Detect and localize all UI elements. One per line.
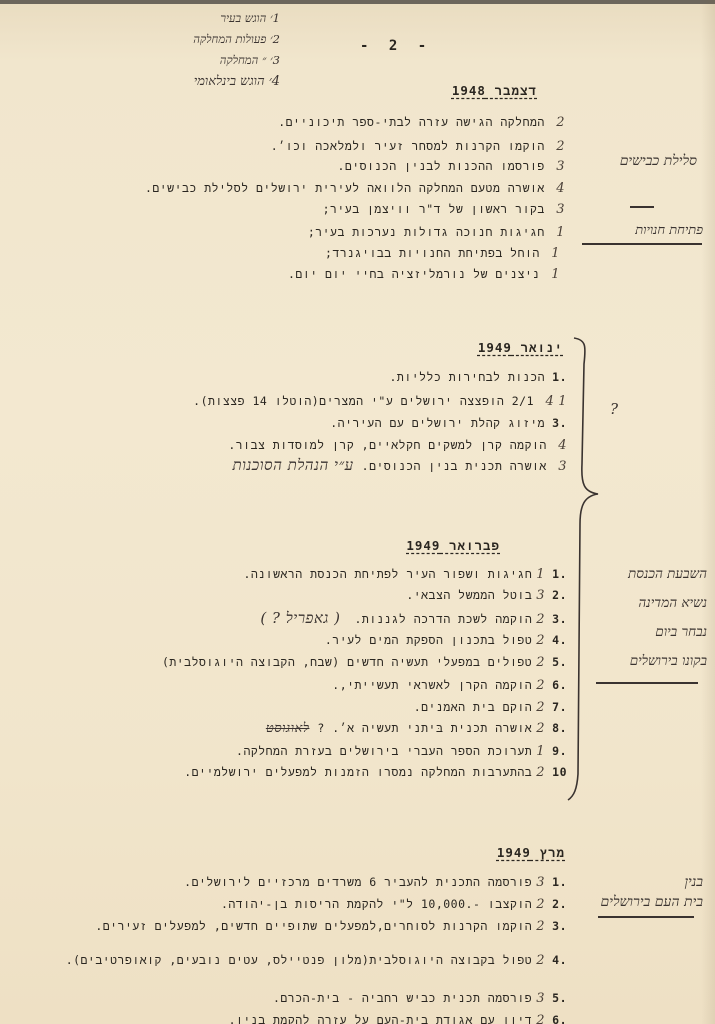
month-heading-jan-1949: ינואר 1949 [478,340,563,356]
margin-note-line: השבעת הכנסת [589,560,707,589]
list-item: .32הוקמו הקרנות לסוחרים,למפעלים שתופיים … [27,918,567,935]
item-text: טפול בקבוצה היוגוסלבית(מלון פנטיילס, עטי… [66,953,533,967]
item-text: חגיגות חנוכה גדולות נערכות בעיר; [308,225,545,239]
handwritten-category-mark: 3 [536,588,545,603]
item-number: .3 [545,611,567,627]
list-item: 2 המחלקה הגישה עזרה לבתי-ספר תיכוניים. [278,114,565,131]
list-item: .82אושרה תכנית בּיתני תעשיה א׳. ?לאוגוסט [266,720,567,737]
item-text: פורסמו ההכנות לבנין הכנוסים. [337,159,544,173]
list-item: .42טפול בתכנון הספקת המים לעיר. [325,632,567,649]
handwritten-category-mark: 1 [536,567,545,582]
handwritten-category-mark: 2 [536,700,545,715]
item-number: .3 [545,918,567,934]
legend-line: 4׳ הוגש בינלאומי [120,71,280,92]
handwritten-category-mark: 2 [556,115,565,130]
month-heading-mar-1949: מרץ 1949 [497,845,565,861]
handwritten-category-mark: 2 [536,612,545,627]
handwritten-annotation: ( גאפריל ? ) [260,609,340,627]
scan-right-shade [701,0,715,1024]
margin-underline [596,682,698,684]
item-text: תערוכת הספר העברי בירושלים בעזרת המחלקה. [236,744,532,758]
handwritten-category-mark: 1 [536,744,545,759]
item-number: .8 [545,720,567,736]
list-item: .23בוטל הממשל הצבאי. [406,587,567,604]
item-text: אושרה תכנית בנין הכנוסים. [362,459,547,473]
margin-note-knesset-president: השבעת הכנסת נשיא המדינה נבחר ביום בקונו … [589,560,707,676]
item-text: בקור ראשון של ד"ר וויצמן בעיר; [323,202,545,216]
list-item: 3 פורסמו ההכנות לבנין הכנוסים. [337,158,565,175]
list-item: .1הכנות לבחירות כלליות. [390,369,568,385]
handwritten-category-mark: 1 [556,225,565,240]
item-text: 2/1 הופצצה ירושלים ע"י המצרים(הוטלו 14 פ… [193,394,534,408]
margin-note-beit-haam: בנין בית העם בירושלים [573,872,703,912]
item-number: .4 [545,952,567,968]
margin-note-opening-shops: פתיחת חנויות [593,220,703,242]
margin-underline [582,243,702,245]
item-text: הוחל בפתיחת החנויות בבויגנרד; [325,246,540,260]
legend-line: 1׳ הוגש בעיר [120,8,280,29]
item-number: 10 [545,764,567,780]
scan-top-edge [0,0,715,4]
item-number: .2 [545,896,567,912]
item-number: .4 [545,632,567,648]
handwritten-category-mark: 2 [556,139,565,154]
list-item: .22הוקצבו -.10,000 ל"י להקמת הריסות בן-י… [221,896,567,913]
list-item: .3מיזוג קהלת ירושלים עם העיריה. [330,415,567,431]
handwritten-category-mark: 2 [536,633,545,648]
item-number: .5 [545,990,567,1006]
list-item: 3 אושרה תכנית בנין הכנוסים.ע״י הנהלת הסו… [233,457,567,475]
legend-line: 3׳ ״ המחלקה [120,50,280,71]
item-text: אושרה מטעם המחלקה הלוואה לעירית ירושלים … [145,181,545,195]
list-item: .11חגיגות ושפור העיר לפתיחת הכנסת הראשונ… [243,566,567,583]
list-item: 1 חגיגות חנוכה גדולות נערכות בעיר; [308,224,565,241]
list-item: .42טפול בקבוצה היוגוסלבית(מלון פנטיילס, … [27,952,567,969]
margin-note-line: בית העם בירושלים [573,892,703,912]
list-item: 41 2/1 הופצצה ירושלים ע"י המצרים(הוטלו 1… [193,393,567,410]
legend-line: 2׳ פעולות המחלקה [120,29,280,50]
margin-note-line: נשיא המדינה [589,589,707,618]
margin-underline [598,916,694,918]
item-text: מיזוג קהלת ירושלים עם העיריה. [330,416,545,430]
item-number: .9 [545,743,567,759]
list-item: .32הוקמה לשכת הדרכה לגננות.( גאפריל ? ) [260,610,567,628]
handwritten-category-mark: 3 [536,875,545,890]
item-number: .2 [545,587,567,603]
item-text: פורסמה תכנית כביש רחביה - בית-הכרם. [273,991,532,1005]
list-item: 102בהתערבות המחלקה נמסרו הזמנות למפעלים … [184,764,567,781]
item-number: .6 [545,677,567,693]
list-item: 3 בקור ראשון של ד"ר וויצמן בעיר; [323,201,565,218]
item-text: טפול בתכנון הספקת המים לעיר. [325,633,532,647]
item-text: הוקמו הקרנות למסחר זעיר ולמלאכה וכו׳. [271,139,545,153]
item-text: הוקם בית האמנים. [414,700,533,714]
item-text: ניצנים של נורמליזציה בחיי יום יום. [288,267,540,281]
list-item: 1 ניצנים של נורמליזציה בחיי יום יום. [288,266,560,283]
struck-out-annotation: לאוגוסט [266,721,310,736]
item-text: הוקמה קרן למשקים חקלאיים, קרן למוסדות צב… [228,438,546,452]
handwritten-category-mark: 3 [556,202,565,217]
item-number: .6 [545,1012,567,1024]
handwritten-annotation: ע״י הנהלת הסוכנות [233,456,354,474]
margin-note-line: בקונו בירושלים [589,647,707,676]
item-number: .1 [545,566,567,582]
handwritten-category-mark: 2 [536,655,545,670]
handwritten-category-mark: 2 [536,919,545,934]
item-text: חגיגות ושפור העיר לפתיחת הכנסת הראשונה. [243,567,532,581]
margin-note-line: נבחר ביום [589,618,707,647]
item-text: הוקצבו -.10,000 ל"י להקמת הריסות בן-יהוד… [221,897,532,911]
item-number: .5 [545,654,567,670]
item-text: טפולים במפעלי תעשיה חדשים (שבח, הקבוצה ה… [162,655,532,669]
list-item: .62דיון עם אגודת בית-העם על עזרה להקמת ב… [229,1012,567,1024]
item-number: .7 [545,699,567,715]
handwritten-category-mark: 2 [536,678,545,693]
item-text: אושרה תכנית בּיתני תעשיה א׳. ? [317,721,532,735]
item-text: בהתערבות המחלקה נמסרו הזמנות למפעלים ירו… [184,765,532,779]
handwritten-category-mark: 2 [536,897,545,912]
item-text: הכנות לבחירות כלליות. [390,370,546,384]
list-item: 2 הוקמו הקרנות למסחר זעיר ולמלאכה וכו׳. [271,138,565,155]
handwritten-category-mark: 2 [536,765,545,780]
list-item: 1 הוחל בפתיחת החנויות בבויגנרד; [325,245,560,262]
item-text: הוקמו הקרנות לסוחרים,למפעלים שתופיים חדש… [95,919,532,933]
handwritten-category-mark: 4 [545,394,554,409]
handwritten-category-mark: 2 [536,721,545,736]
handwritten-legend: 1׳ הוגש בעיר 2׳ פעולות המחלקה 3׳ ״ המחלק… [120,8,280,92]
handwritten-category-mark: 2 [536,1013,545,1024]
handwritten-category-mark: 3 [556,159,565,174]
list-item: .62הוקמה הקרן לאשראי תעשייתי,. [332,677,567,694]
item-number: .1 [545,874,567,890]
handwritten-category-mark: 2 [536,953,545,968]
handwritten-category-mark: 3 [536,991,545,1006]
item-text: פורסמה התכנית להעביר 6 משרדים מרכזיים לי… [184,875,532,889]
item-text: הוקמה לשכת הדרכה לגננות. [355,612,533,626]
item-text: המחלקה הגישה עזרה לבתי-ספר תיכוניים. [278,115,545,129]
list-item: .53פורסמה תכנית כביש רחביה - בית-הכרם. [273,990,567,1007]
item-text: דיון עם אגודת בית-העם על עזרה להקמת בנין… [229,1013,533,1024]
list-item: .52טפולים במפעלי תעשיה חדשים (שבח, הקבוצ… [162,654,567,671]
handwritten-category-mark: 1 [551,246,560,261]
list-item: .72הוקם בית האמנים. [414,699,567,716]
item-text: הוקמה הקרן לאשראי תעשייתי,. [332,678,532,692]
margin-note-line: בנין [573,872,703,892]
list-item: 4 אושרה מטעם המחלקה הלוואה לעירית ירושלי… [145,180,565,197]
page-number: - 2 - [360,38,432,54]
handwritten-category-mark: 4 [556,181,565,196]
item-text: בוטל הממשל הצבאי. [406,588,532,602]
list-item: 4 הוקמה קרן למשקים חקלאיים, קרן למוסדות … [228,437,567,454]
margin-dash [630,206,654,208]
handwritten-category-mark: 1 [551,267,560,282]
list-item: .13פורסמה התכנית להעביר 6 משרדים מרכזיים… [184,874,567,891]
margin-note-paving-roads: סלילת כבישים [607,150,697,172]
month-heading-dec-1948: דצמבר 1948 [452,83,537,99]
list-item: .91תערוכת הספר העברי בירושלים בעזרת המחל… [236,743,567,760]
month-heading-feb-1949: פברואר 1949 [406,538,500,554]
